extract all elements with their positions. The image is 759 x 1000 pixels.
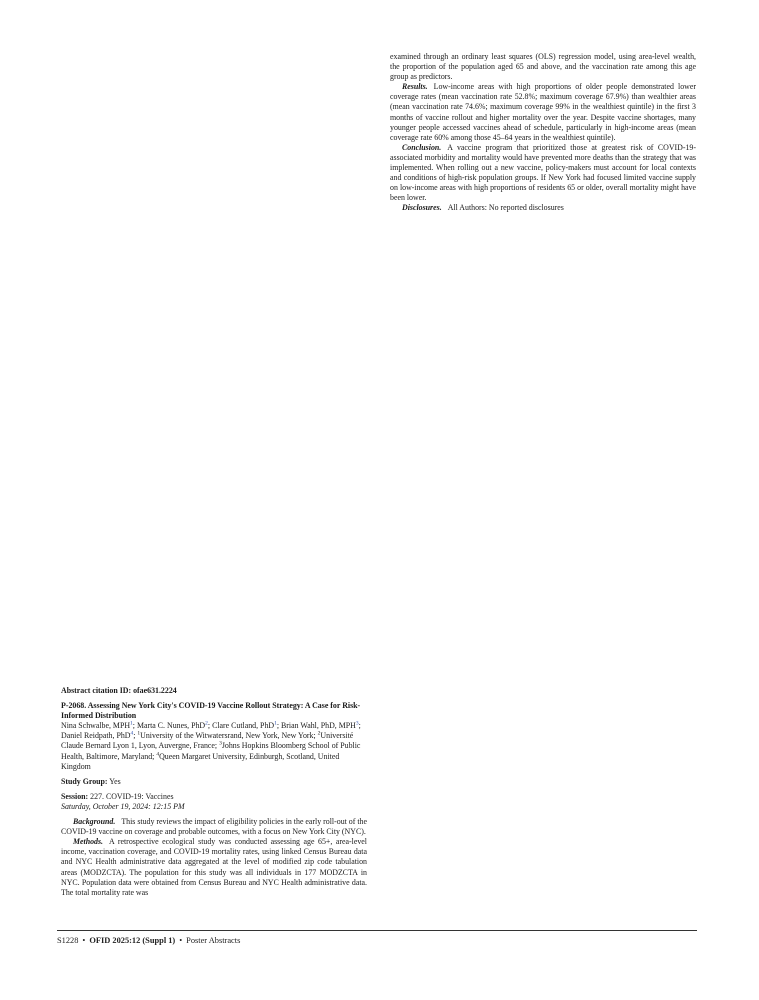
footer-divider xyxy=(57,930,697,931)
background-heading: Background. xyxy=(73,817,115,826)
results-text: Low-income areas with high proportions o… xyxy=(390,82,696,141)
disclosures-text: All Authors: No reported disclosures xyxy=(448,203,564,212)
results-paragraph: Results.Low-income areas with high propo… xyxy=(390,82,696,143)
session-value: 227. COVID-19: Vaccines xyxy=(90,792,173,801)
author-name: Clare Cutland, PhD xyxy=(212,721,274,730)
author-list: Nina Schwalbe, MPH1; Marta C. Nunes, PhD… xyxy=(61,721,367,771)
methods-text: A retrospective ecological study was con… xyxy=(61,837,367,896)
affiliation-link[interactable]: 1 xyxy=(130,721,133,727)
disclosures-paragraph: Disclosures.All Authors: No reported dis… xyxy=(390,203,696,213)
conclusion-paragraph: Conclusion.A vaccine program that priori… xyxy=(390,143,696,204)
affiliation-link[interactable]: 3 xyxy=(356,721,359,727)
methods-continued-text: examined through an ordinary least squar… xyxy=(390,52,696,82)
bullet-separator: • xyxy=(179,936,182,945)
background-paragraph: Background.This study reviews the impact… xyxy=(61,817,367,837)
affiliation-link[interactable]: 4 xyxy=(130,731,133,737)
disclosures-heading: Disclosures. xyxy=(402,203,442,212)
author-name: Daniel Reidpath, PhD xyxy=(61,731,130,740)
author-name: Brian Wahl, PhD, MPH xyxy=(281,721,356,730)
conclusion-heading: Conclusion. xyxy=(402,143,441,152)
section-name: Poster Abstracts xyxy=(186,936,240,945)
methods-heading: Methods. xyxy=(73,837,103,846)
page-footer: S1228•OFID 2025:12 (Suppl 1)•Poster Abst… xyxy=(57,936,240,945)
author-name: Nina Schwalbe, MPH xyxy=(61,721,130,730)
session-label: Session: xyxy=(61,792,88,801)
abstract-citation-id: Abstract citation ID: ofae631.2224 xyxy=(61,686,367,696)
page-number: S1228 xyxy=(57,936,78,945)
methods-paragraph: Methods.A retrospective ecological study… xyxy=(61,837,367,898)
study-group-label: Study Group: xyxy=(61,777,108,786)
session-datetime: Saturday, October 19, 2024: 12:15 PM xyxy=(61,802,367,812)
affiliation-text: University of the Witwatersrand, New Yor… xyxy=(140,731,313,740)
left-column: Abstract citation ID: ofae631.2224 P-206… xyxy=(61,686,367,898)
bullet-separator: • xyxy=(82,936,85,945)
author-name: Marta C. Nunes, PhD xyxy=(137,721,205,730)
session: Session: 227. COVID-19: Vaccines xyxy=(61,792,367,802)
study-group-value: Yes xyxy=(109,777,120,786)
right-column: examined through an ordinary least squar… xyxy=(390,52,696,214)
journal-name: OFID xyxy=(89,936,110,945)
results-heading: Results. xyxy=(402,82,428,91)
affiliation-link[interactable]: 2 xyxy=(205,721,208,727)
journal-volume: 2025:12 (Suppl 1) xyxy=(112,936,175,945)
abstract-title: P-2068. Assessing New York City's COVID-… xyxy=(61,701,367,721)
study-group: Study Group: Yes xyxy=(61,777,367,787)
affiliation-link[interactable]: 1 xyxy=(274,721,277,727)
